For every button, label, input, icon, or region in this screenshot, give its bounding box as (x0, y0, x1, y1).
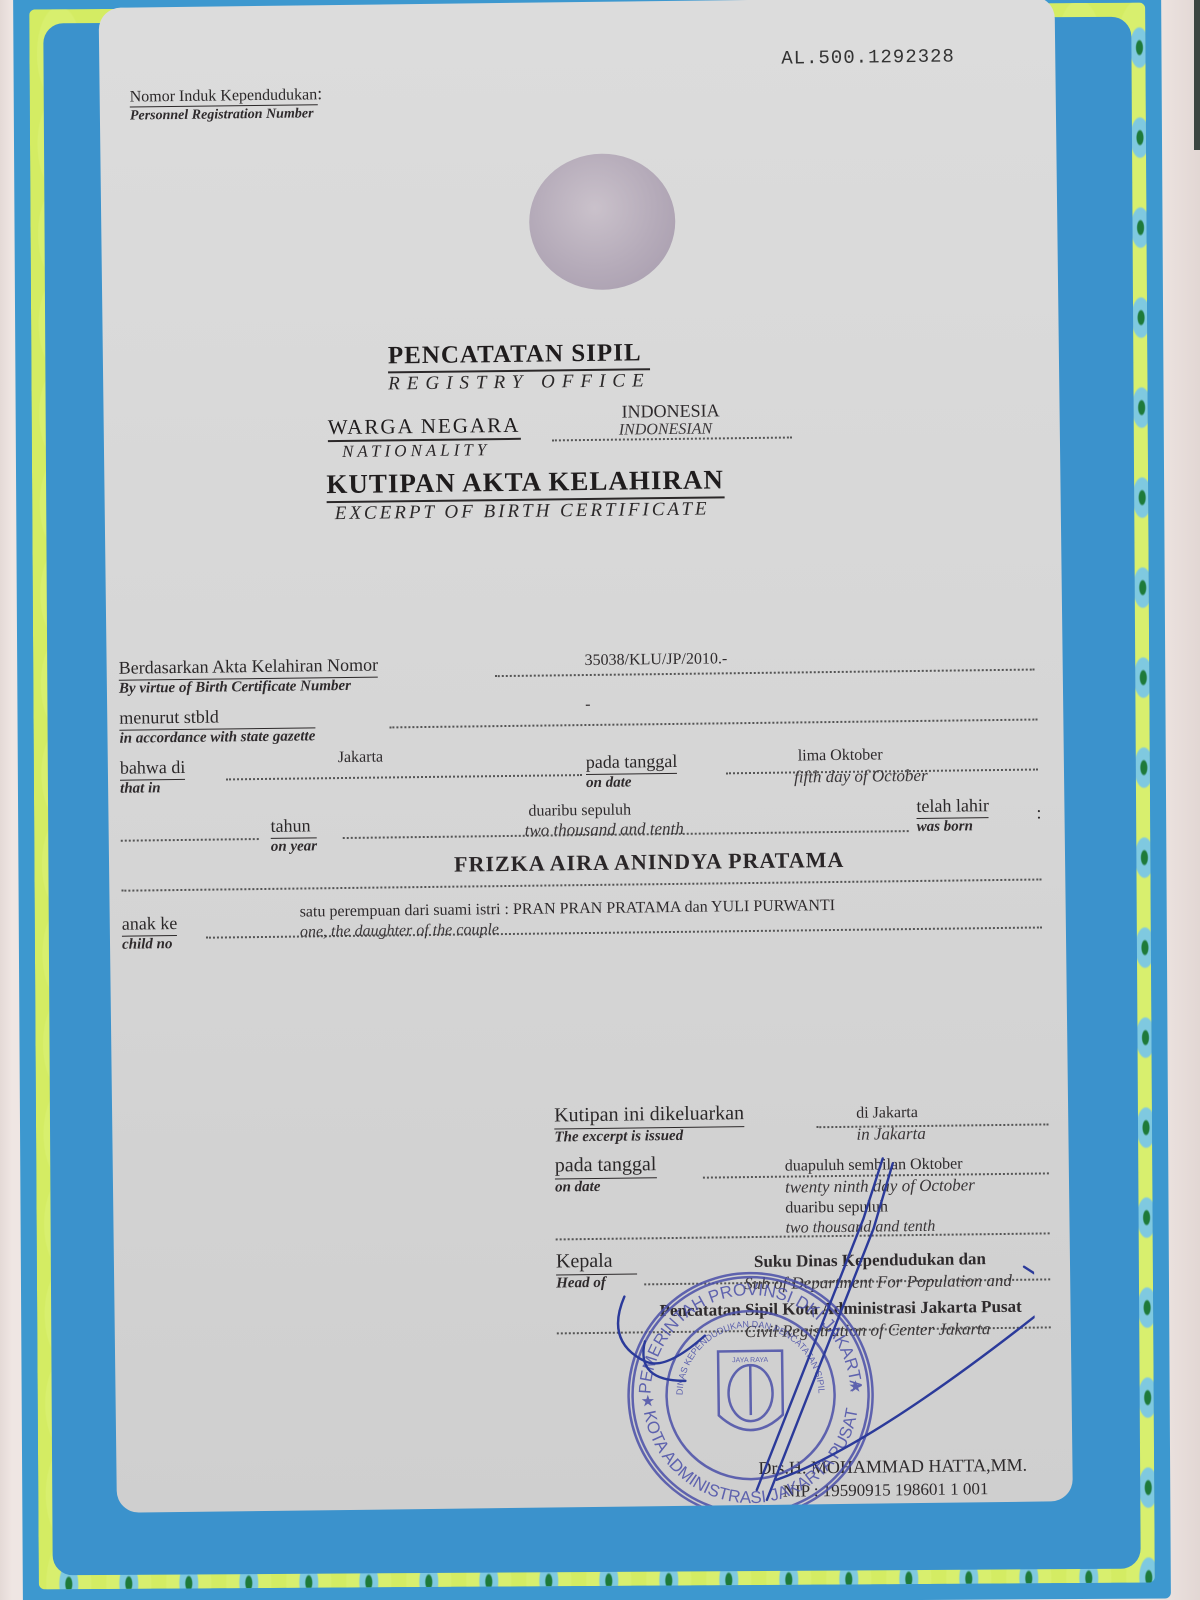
cert-number-dotted-line (495, 669, 1035, 678)
nik-label-id: Nomor Induk Kependudukan (130, 86, 318, 107)
date-label-id: pada tanggal (586, 751, 678, 775)
gazette-dotted-line (389, 719, 1037, 729)
child-no-label-en: child no (122, 936, 178, 954)
office-title-id: PENCATATAN SIPIL (388, 339, 651, 373)
date-value-en: fifth day of October (794, 766, 928, 788)
svg-text:JAYA RAYA: JAYA RAYA (732, 1357, 768, 1364)
svg-text:★: ★ (641, 1393, 656, 1410)
cert-number-label-en: By virtue of Birth Certificate Number (119, 678, 379, 698)
document-title-en: EXCERPT OF BIRTH CERTIFICATE (335, 498, 725, 525)
nik-colon: : (317, 83, 322, 103)
issued-value-id: di Jakarta (856, 1104, 918, 1123)
office-title: PENCATATAN SIPIL REGISTRY OFFICE (388, 339, 651, 395)
nationality-label: WARGA NEGARA NATIONALITY (328, 413, 521, 462)
place-label-en: that in (120, 780, 186, 798)
issued-label-id: Kutipan ini dikeluarkan (554, 1102, 744, 1129)
born-colon: : (1036, 802, 1041, 823)
place-dotted-line (226, 774, 582, 780)
issue-date-label-en: on date (555, 1178, 657, 1196)
issue-date-label-id: pada tanggal (555, 1153, 657, 1179)
child-no-value-en: one, the daughter of the couple (300, 921, 499, 941)
date-label-en: on date (586, 774, 678, 792)
background-edge (1194, 0, 1200, 150)
place-label-id: bahwa di (120, 757, 186, 781)
year-label-id: tahun (270, 815, 317, 839)
field-cert-number-label: Berdasarkan Akta Kelahiran Nomor By virt… (119, 655, 379, 698)
nationality-value-id: INDONESIA (621, 400, 719, 422)
child-name: FRIZKA AIRA ANINDYA PRATAMA (454, 847, 845, 878)
nationality-label-en: NATIONALITY (342, 440, 521, 462)
field-place-label: bahwa di that in (120, 757, 186, 798)
cert-number-value: 35038/KLU/JP/2010.- (584, 650, 727, 670)
nationality-label-id: WARGA NEGARA (328, 413, 521, 442)
field-date-label: pada tanggal on date (586, 751, 678, 792)
cert-number-label-id: Berdasarkan Akta Kelahiran Nomor (119, 655, 379, 681)
issue-year-value-id: duaribu sepuluh (785, 1198, 888, 1217)
issued-label: Kutipan ini dikeluarkan The excerpt is i… (554, 1102, 744, 1146)
issued-value-en: in Jakarta (856, 1124, 926, 1145)
hologram-seal (528, 153, 676, 291)
svg-text:★: ★ (848, 1379, 863, 1396)
document-title: KUTIPAN AKTA KELAHIRAN EXCERPT OF BIRTH … (326, 464, 724, 525)
certificate-document: AL.500.1292328 Nomor Induk Kependudukan:… (99, 0, 1073, 1513)
issued-dotted-line (816, 1123, 1048, 1128)
child-no-value-id: satu perempuan dari suami istri : PRAN P… (300, 897, 836, 922)
nik-label-en: Personnel Registration Number (130, 106, 323, 124)
child-name-dotted-line (121, 878, 1041, 891)
field-born-label: telah lahir was born (916, 795, 989, 836)
gazette-label-id: menurut stbld (119, 705, 315, 730)
field-year-label: tahun on year (270, 815, 317, 856)
year-label-en: on year (271, 838, 317, 856)
field-gazette-label: menurut stbld in accordance with state g… (119, 705, 315, 747)
office-title-en: REGISTRY OFFICE (388, 370, 651, 395)
date-value-id: lima Oktober (798, 746, 883, 765)
born-label-id: telah lahir (916, 795, 989, 819)
child-no-label-id: anak ke (122, 913, 178, 937)
born-label-en: was born (917, 818, 990, 836)
year-value-en: two thousand and tenth (525, 819, 684, 841)
place-value: Jakarta (338, 749, 384, 768)
nationality-value-en: INDONESIAN (619, 420, 713, 439)
gazette-value: - (585, 696, 591, 714)
serial-number: AL.500.1292328 (781, 45, 955, 69)
year-pre-dotted-line (121, 838, 259, 842)
year-value-id: duaribu sepuluh (528, 801, 631, 820)
decorative-border: AL.500.1292328 Nomor Induk Kependudukan:… (13, 0, 1171, 1600)
issue-year-value-en: two thousand and tenth (785, 1218, 935, 1238)
document-title-id: KUTIPAN AKTA KELAHIRAN (326, 464, 724, 503)
issue-date-value-id: duapuluh sembilan Oktober (785, 1155, 963, 1175)
official-stamp: PEMERINTAH PROVINSI DKI JAKARTA KOTA ADM… (619, 1263, 882, 1512)
field-child-no-label: anak ke child no (122, 913, 178, 954)
issue-date-label: pada tanggal on date (555, 1153, 657, 1196)
gazette-label-en: in accordance with state gazette (119, 728, 315, 747)
nik-label: Nomor Induk Kependudukan: Personnel Regi… (130, 83, 323, 124)
issue-date-value-en: twenty ninth day of October (785, 1175, 975, 1197)
issued-label-en: The excerpt is issued (554, 1127, 744, 1146)
